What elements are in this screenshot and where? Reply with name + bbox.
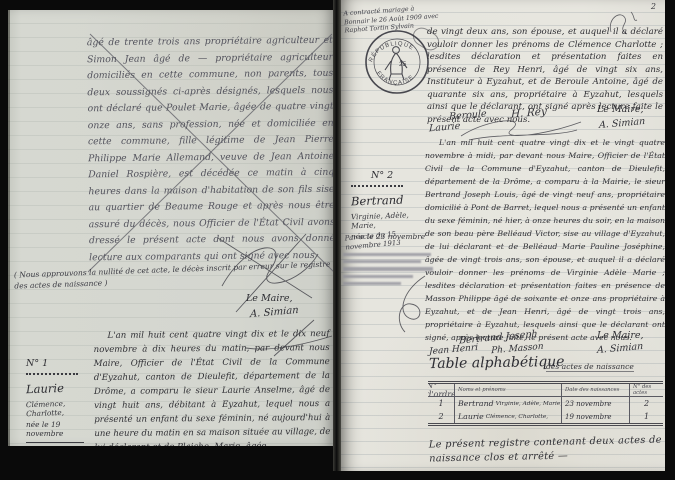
svg-text:FRANÇAISE: FRANÇAISE bbox=[375, 71, 416, 87]
right-page: 2 A contracté mariage à Bonnair le 26 Ao… bbox=[341, 0, 665, 471]
margin-surname: Bertrand bbox=[351, 192, 431, 209]
double-rule bbox=[26, 442, 84, 446]
table-header: N° d'ordre bbox=[428, 384, 455, 397]
book-gutter bbox=[333, 0, 341, 471]
act-number: N° 2 bbox=[371, 170, 431, 181]
table-name-surname: Laurie bbox=[458, 412, 484, 421]
stamp-line bbox=[343, 267, 433, 270]
mayor-label-2: Le Maire, bbox=[597, 330, 644, 341]
wavy-divider bbox=[26, 373, 78, 375]
left-page: âgé de trente trois ans propriétaire agr… bbox=[8, 10, 333, 446]
table-cell-order: 1 bbox=[428, 397, 455, 410]
table-name-given: Clémence, Charlotte, bbox=[486, 414, 548, 420]
table-cell-act: 2 bbox=[630, 397, 663, 410]
act-number: N° 1 bbox=[26, 358, 98, 369]
alphabetical-table: N° d'ordre Noms et prénoms Date des nais… bbox=[428, 381, 663, 426]
wavy-divider bbox=[351, 185, 403, 187]
table-cell-date: 23 novembre bbox=[562, 397, 630, 410]
stamp-paraph-flourish bbox=[389, 272, 439, 334]
mayor-label-1: Le Maire, bbox=[597, 104, 644, 115]
margin-entry-1: N° 1 Laurie Clémence, Charlotte, née le … bbox=[26, 358, 98, 446]
table-cell-name: Bertrand Virginie, Adèle, Marie, bbox=[455, 397, 562, 410]
table-header: Date des naissances bbox=[562, 384, 630, 397]
register-closing-statement: Le présent registre contenant deux actes… bbox=[429, 434, 665, 466]
margin-surname: Laurie bbox=[26, 380, 98, 397]
table-cell-order: 2 bbox=[428, 410, 455, 423]
stamp-arc-bottom: FRANÇAISE bbox=[375, 71, 416, 87]
table-cell-name: Laurie Clémence, Charlotte, bbox=[455, 410, 562, 423]
mayor-label: Le Maire, bbox=[246, 293, 293, 304]
table-name-surname: Bertrand bbox=[458, 399, 494, 408]
table-header: N° des actes bbox=[630, 384, 663, 397]
table-cell-date: 19 novembre bbox=[562, 410, 630, 423]
stamp-line bbox=[343, 253, 431, 256]
margin-birth-date: née le 19 novembre bbox=[26, 420, 98, 438]
table-header: Noms et prénoms bbox=[455, 384, 562, 397]
birth-act-2-text: L'an mil huit cent quatre vingt dix et l… bbox=[425, 136, 665, 344]
stamp-line bbox=[343, 260, 421, 263]
register-scan: âgé de trente trois ans propriétaire agr… bbox=[0, 0, 675, 480]
page-number: 2 bbox=[651, 2, 656, 11]
signature-laurie: Laurie bbox=[429, 121, 460, 135]
table-cell-act: 1 bbox=[630, 410, 663, 423]
svg-text:25: 25 bbox=[399, 61, 407, 68]
table-title: Table alphabétique bbox=[429, 354, 565, 372]
birth-act-1-text: L'an mil huit cent quatre vingt dix et l… bbox=[93, 327, 330, 446]
margin-given-names: Clémence, Charlotte, bbox=[26, 398, 99, 419]
table-subtitle: des actes de naissance bbox=[546, 362, 634, 372]
table-name-given: Virginie, Adèle, Marie, bbox=[496, 401, 562, 407]
